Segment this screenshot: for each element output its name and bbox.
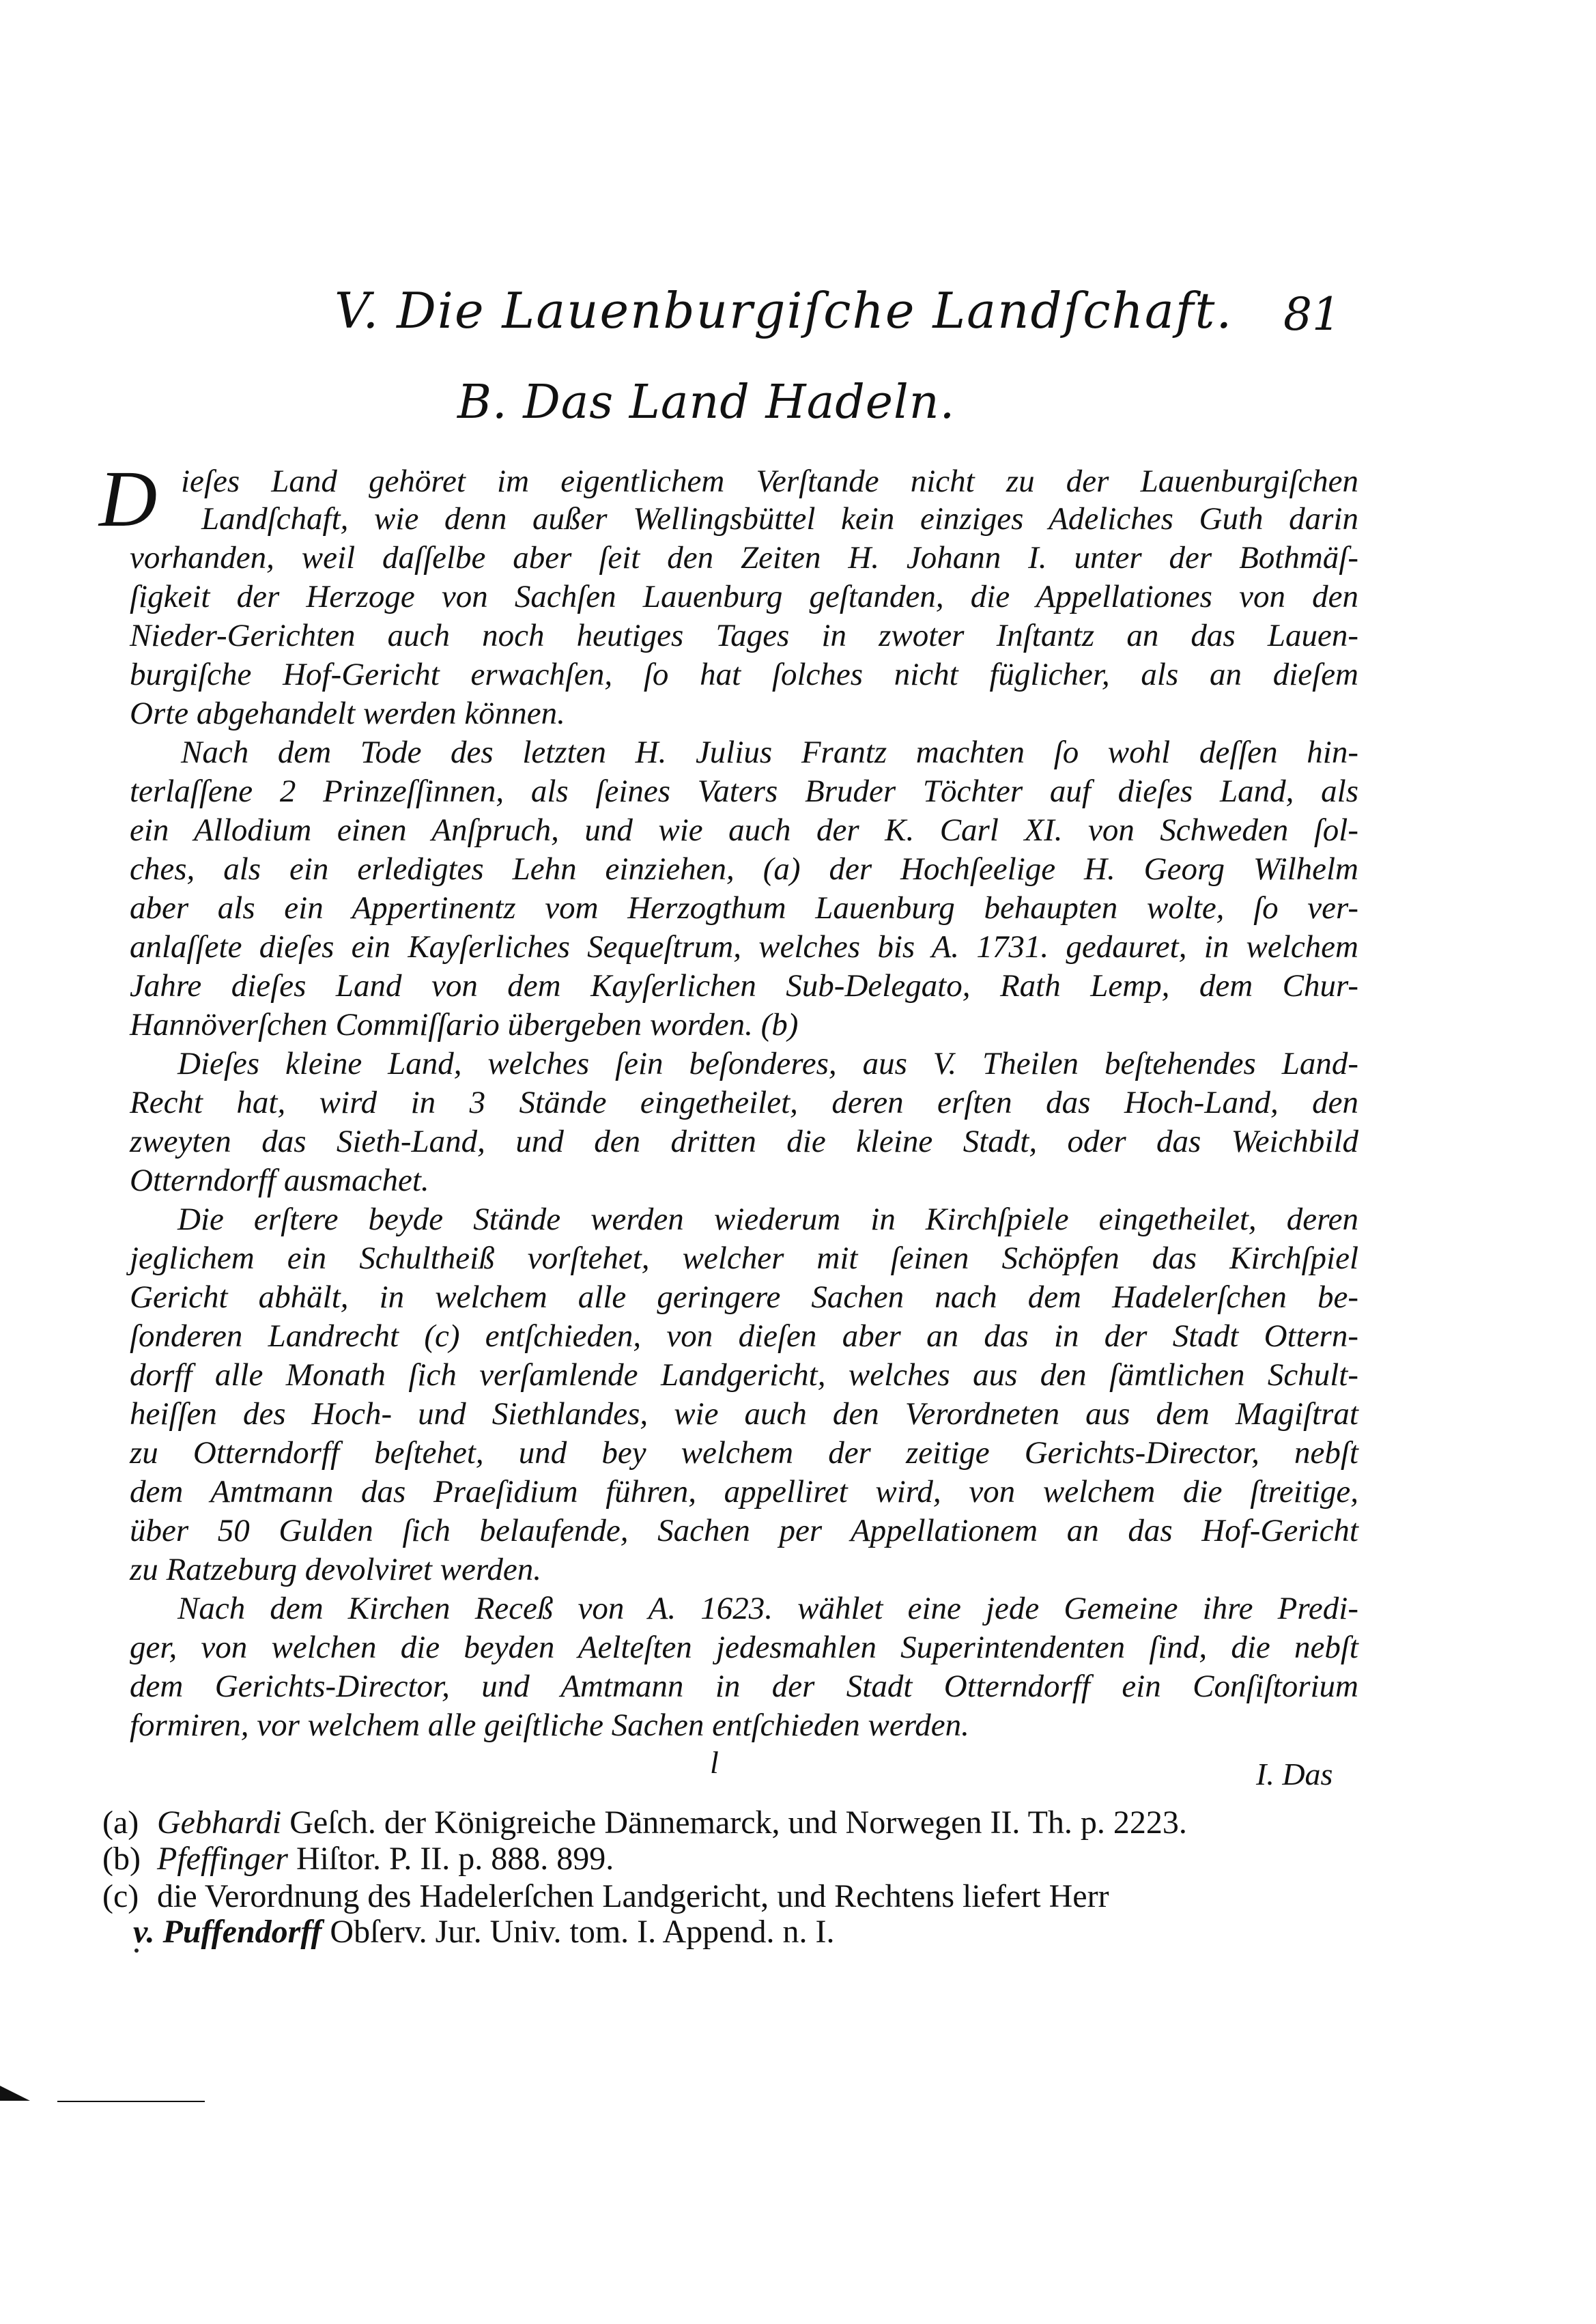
footnote-text: Geſch. der Königreiche Dännemarck, und N… bbox=[281, 1804, 1187, 1841]
text-line: ſigkeit der Herzoge von Sachſen Lauenbur… bbox=[130, 576, 1358, 617]
footnote-author: v. Puffendorff bbox=[133, 1914, 322, 1950]
text-line: zu Otterndorff beſtehet, und bey welchem… bbox=[130, 1432, 1358, 1473]
text-line: aber als ein Appertinentz vom Herzogthum… bbox=[130, 888, 1358, 929]
text-line: zweyten das Sieth-Land, und den dritten … bbox=[130, 1121, 1358, 1162]
footnote-mark: (a) bbox=[102, 1802, 157, 1843]
text-line: burgiſche Hof-Gericht erwachſen, ſo hat … bbox=[130, 654, 1358, 695]
text-line: dorff alle Monath ſich verſamlende Landg… bbox=[130, 1355, 1358, 1395]
text-line: jeglichem ein Schultheiß vorſtehet, welc… bbox=[130, 1238, 1358, 1279]
text-line: Nach dem Kirchen Receß von A. 1623. wähl… bbox=[177, 1588, 1358, 1629]
text-line: Gericht abhält, in welchem alle geringer… bbox=[130, 1277, 1358, 1318]
text-line: zu Ratzeburg devolviret werden. bbox=[130, 1549, 1358, 1590]
text-line: dem Gerichts-Director, und Amtmann in de… bbox=[130, 1666, 1358, 1707]
text-line: Nieder-Gerichten auch noch heutiges Tage… bbox=[130, 615, 1358, 656]
margin-rule bbox=[57, 2101, 205, 2102]
text-line: ieſes Land gehöret im eigentlichem Verſt… bbox=[181, 461, 1358, 502]
text-line: Landſchaft, wie denn außer Wellingsbütte… bbox=[201, 498, 1358, 539]
text-line: ein Allodium einen Anſpruch, und wie auc… bbox=[130, 810, 1358, 851]
margin-arrow-mark bbox=[0, 2086, 30, 2101]
body-text: ieſes Land gehöret im eigentlichem Verſt… bbox=[0, 0, 1596, 2324]
footnote-b: (b)Pfeffinger Hiſtor. P. II. p. 888. 899… bbox=[102, 1839, 1358, 1880]
text-line: vorhanden, weil daſſelbe aber ſeit den Z… bbox=[130, 537, 1358, 578]
footnote-text: Obſerv. Jur. Univ. tom. I. Append. n. I. bbox=[322, 1914, 834, 1950]
text-line: Otterndorff ausmachet. bbox=[130, 1160, 1358, 1201]
footnote-c-continued: v. Puffendorff Obſerv. Jur. Univ. tom. I… bbox=[133, 1912, 1389, 1953]
text-line: dem Amtmann das Praeſidium führen, appel… bbox=[130, 1471, 1358, 1512]
text-line: ſonderen Landrecht (c) entſchieden, von … bbox=[130, 1316, 1358, 1357]
footnote-text: Hiſtor. P. II. p. 888. 899. bbox=[288, 1841, 614, 1877]
footnote-mark: (c) bbox=[102, 1876, 157, 1917]
text-line: anlaſſete dieſes ein Kayſerliches Sequeſ… bbox=[130, 926, 1358, 967]
footnote-mark: (b) bbox=[102, 1839, 157, 1880]
text-line: terlaſſene 2 Prinzeſſinnen, als ſeines V… bbox=[130, 771, 1358, 812]
footnote-a: (a)Gebhardi Geſch. der Königreiche Dänne… bbox=[102, 1802, 1358, 1843]
text-line: formiren, vor welchem alle geiſtliche Sa… bbox=[130, 1705, 1154, 1746]
signature-mark: l bbox=[710, 1744, 719, 1781]
text-line: Dieſes kleine Land, welches ſein beſonde… bbox=[177, 1043, 1358, 1084]
text-line: Orte abgehandelt werden können. bbox=[130, 693, 1358, 734]
footnote-author: Pfeffinger bbox=[157, 1841, 288, 1877]
text-line: Nach dem Tode des letzten H. Julius Fran… bbox=[181, 732, 1358, 773]
text-line: über 50 Gulden ſich belaufende, Sachen p… bbox=[130, 1510, 1358, 1551]
text-line: Hannöverſchen Commiſſario übergeben word… bbox=[130, 1004, 1358, 1045]
footnote-text: die Verordnung des Hadelerſchen Landgeri… bbox=[157, 1878, 1109, 1914]
print-speck bbox=[134, 1949, 139, 1953]
text-line: heiſſen des Hoch- und Siethlandes, wie a… bbox=[130, 1393, 1358, 1434]
book-page: V. Die Lauenburgiſche Landſchaft. 81 B. … bbox=[0, 0, 1596, 2324]
catchword: I. Das bbox=[1256, 1756, 1333, 1792]
footnote-author: Gebhardi bbox=[157, 1804, 281, 1841]
text-line: Recht hat, wird in 3 Stände eingetheilet… bbox=[130, 1082, 1358, 1123]
text-line: Jahre dieſes Land von dem Kayſerlichen S… bbox=[130, 965, 1358, 1006]
text-line: ches, als ein erledigtes Lehn einziehen,… bbox=[130, 849, 1358, 890]
text-line: ger, von welchen die beyden Aelteſten je… bbox=[130, 1627, 1358, 1668]
text-line: Die erſtere beyde Stände werden wiederum… bbox=[177, 1199, 1358, 1240]
footnote-c: (c)die Verordnung des Hadelerſchen Landg… bbox=[102, 1876, 1358, 1917]
